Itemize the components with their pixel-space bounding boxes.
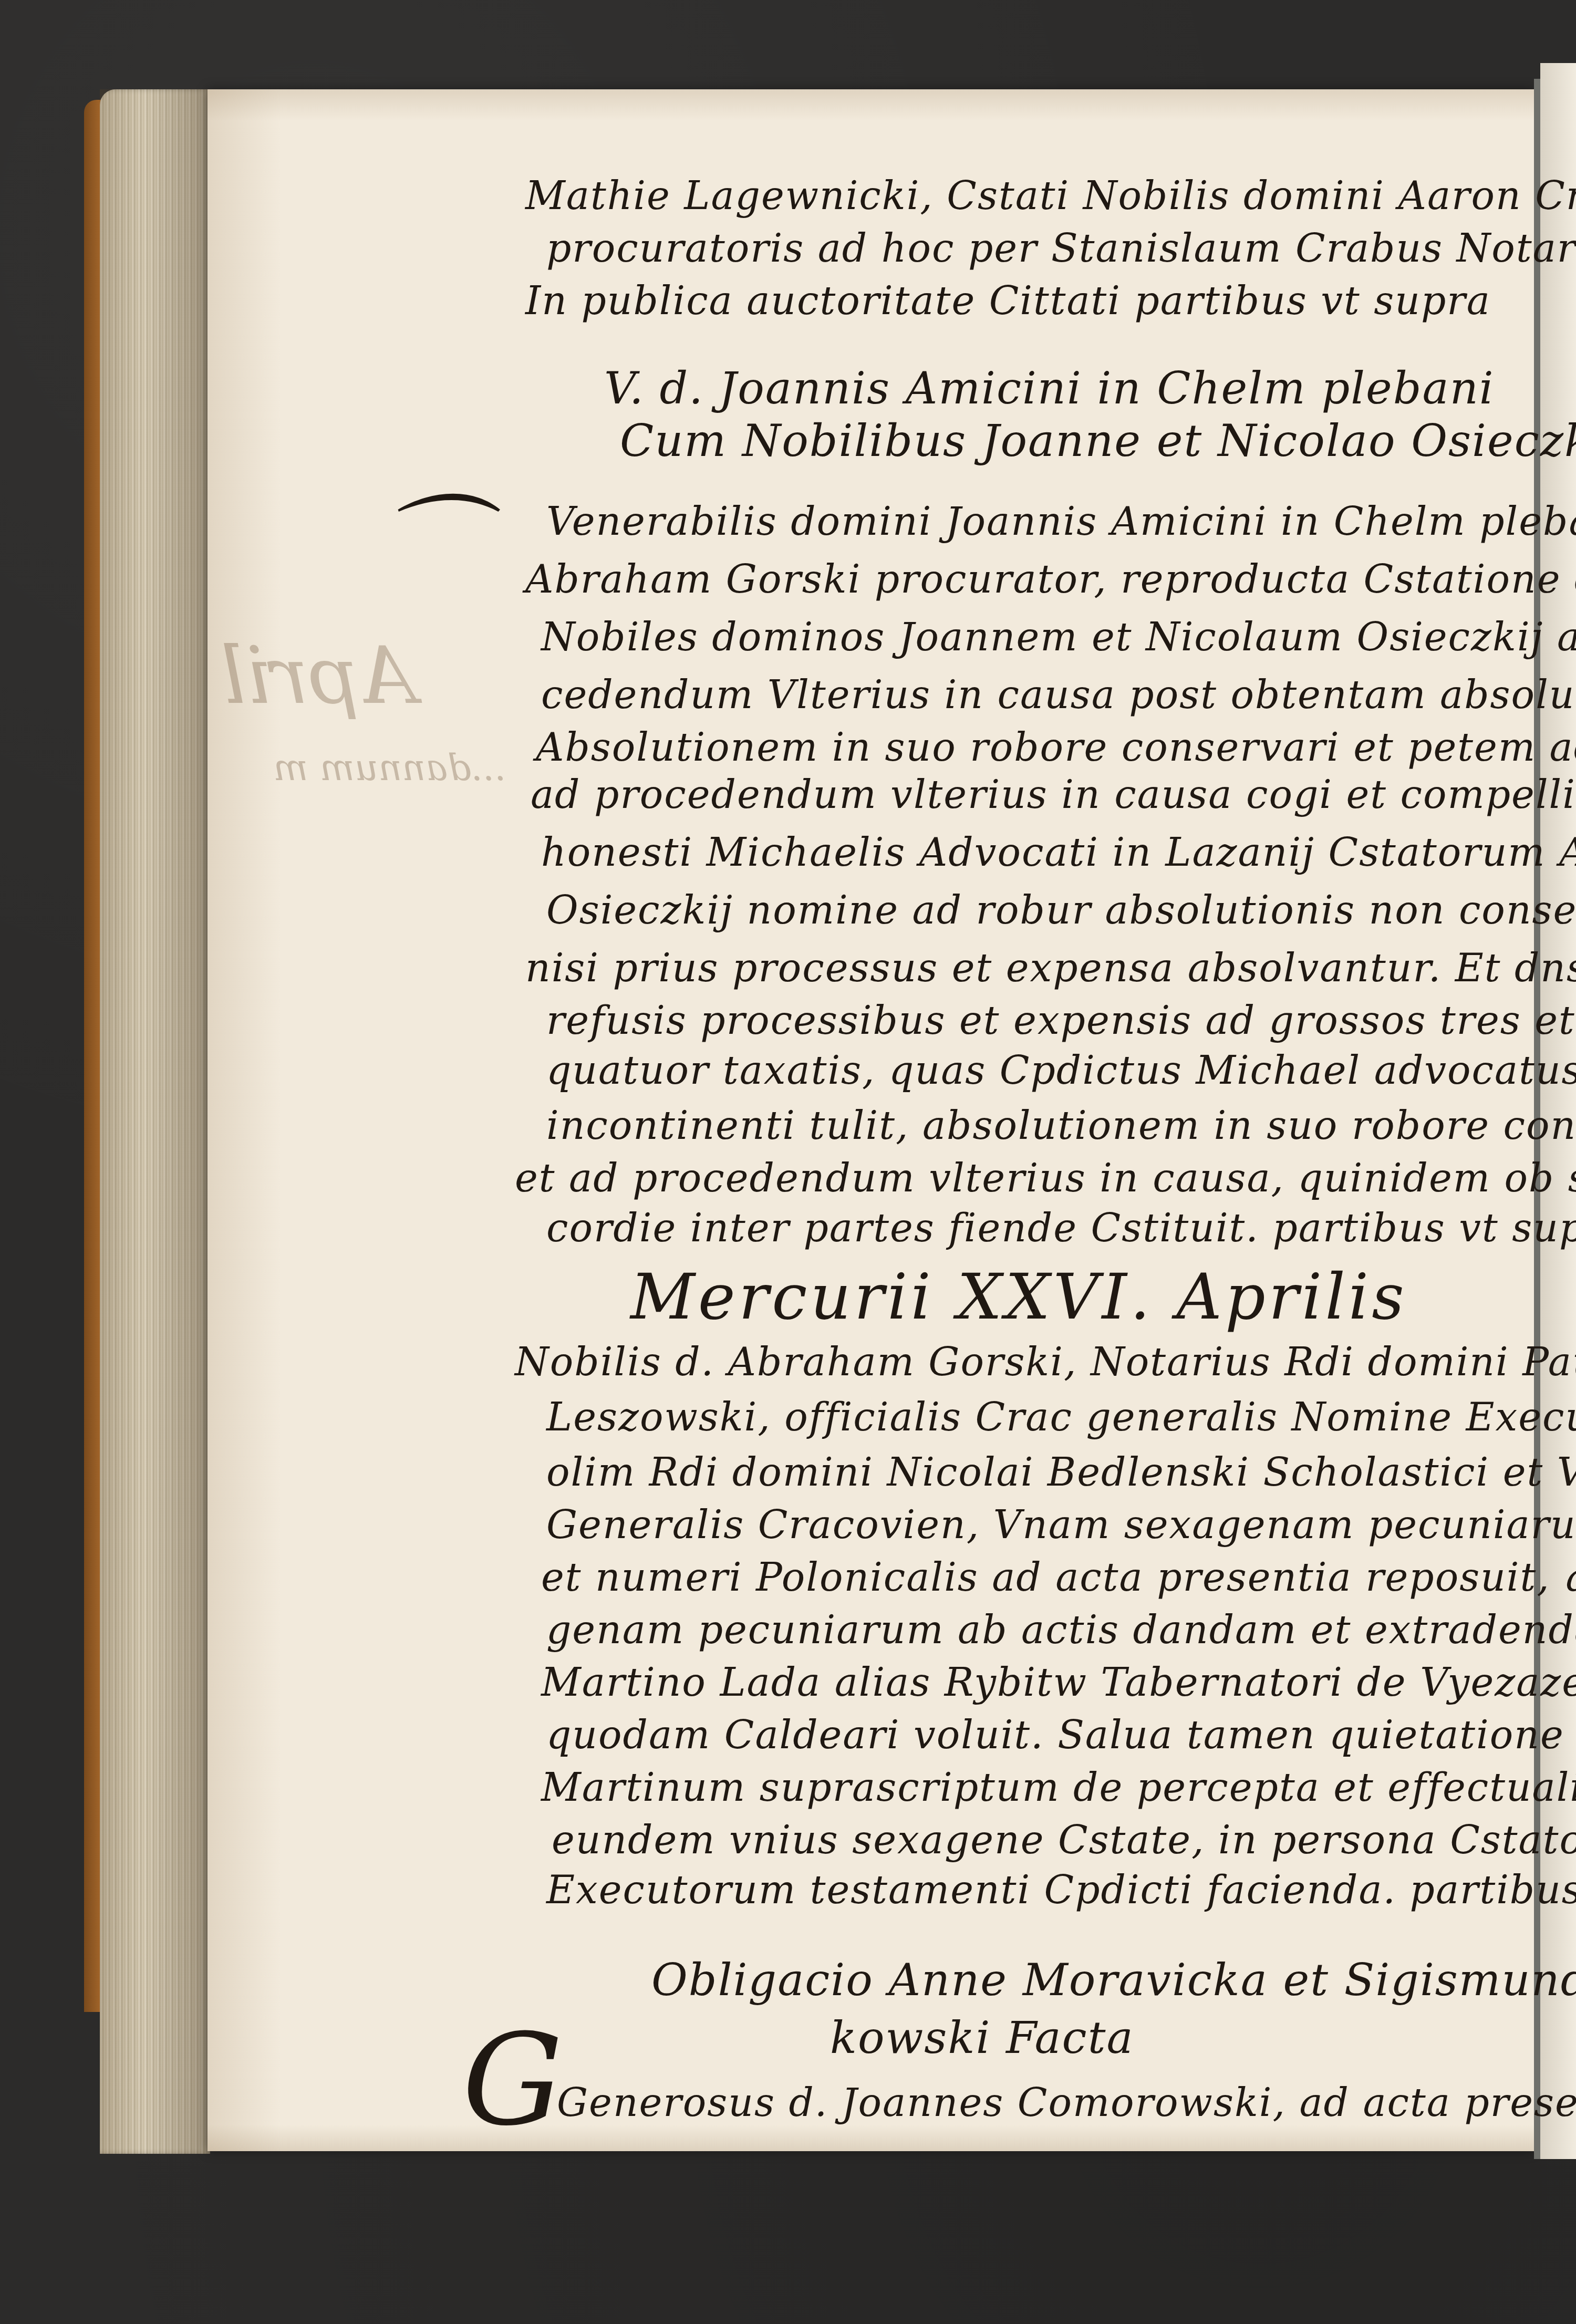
text-line: incontinenti tulit, absolutionem in suo …	[546, 1103, 1576, 1148]
text-line: nisi prius processus et expensa absolvan…	[525, 946, 1576, 991]
text-line: honesti Michaelis Advocati in Lazanij Cs…	[541, 830, 1576, 875]
text-line: refusis processibus et expensis ad gross…	[546, 998, 1576, 1043]
initial-flourish: ⌒	[378, 462, 483, 613]
text-line: et ad procedendum vlterius in causa, qui…	[515, 1156, 1576, 1201]
text-line: genam pecuniarum ab actis dandam et extr…	[546, 1607, 1576, 1653]
text-line: Martinum suprascriptum de percepta et ef…	[541, 1765, 1576, 1810]
text-line: Absolutionem in suo robore conservari et…	[536, 725, 1576, 770]
bleed-through-text: April	[221, 630, 416, 722]
text-line: eundem vnius sexagene Cstate, in persona…	[552, 1818, 1576, 1863]
text-line: Martino Lada alias Rybitw Tabernatori de…	[541, 1660, 1576, 1705]
bleed-through-text: ...dannum m	[273, 746, 506, 789]
text-line: procuratoris ad hoc per Stanislaum Crabu…	[546, 226, 1576, 271]
text-line: Generosus d. Joannes Comorowski, ad acta…	[557, 2080, 1576, 2125]
text-line: ad procedendum vlterius in causa cogi et…	[531, 772, 1576, 817]
text-line: Mathie Lagewnicki, Cstati Nobilis domini…	[525, 173, 1576, 219]
text-line: In publica auctoritate Cittati partibus …	[525, 278, 1491, 324]
text-line: Osieczkij nomine ad robur absolutionis n…	[546, 888, 1576, 933]
text-line: Nobiles dominos Joannem et Nicolaum Osie…	[541, 615, 1576, 660]
text-line: Executorum testamenti Cpdicti facienda. …	[546, 1867, 1576, 1913]
text-line: cordie inter partes fiende Cstituit. par…	[546, 1206, 1576, 1251]
text-line: Abraham Gorski procurator, reproducta Cs…	[525, 557, 1576, 602]
page-edges-stack	[100, 89, 210, 2154]
text-line: quodam Caldeari voluit. Salua tamen quie…	[546, 1713, 1576, 1758]
text-line: Nobilis d. Abraham Gorski, Notarius Rdi …	[515, 1340, 1576, 1385]
text-line: Leszowski, officialis Crac generalis Nom…	[546, 1395, 1576, 1440]
text-line: Venerabilis domini Joannis Amicini in Ch…	[546, 499, 1576, 544]
text-line: olim Rdi domini Nicolai Bedlenski Schola…	[546, 1450, 1576, 1495]
date-heading: Mercurii XXVI. Aprilis	[630, 1261, 1407, 1334]
initial-flourish: G	[462, 2007, 563, 2154]
text-line: cedendum Vlterius in causa post obtentam…	[541, 672, 1576, 718]
text-line: et numeri Polonicalis ad acta presentia …	[541, 1555, 1576, 1600]
entry-heading: Obligacio Anne Moravicka et Sigismundo M…	[651, 1954, 1576, 2006]
entry-heading: kowski Facta	[830, 2012, 1134, 2063]
entry-heading: Cum Nobilibus Joanne et Nicolao Osieczki…	[620, 415, 1576, 466]
entry-heading: V. d. Joannis Amicini in Chelm plebani	[604, 362, 1495, 414]
text-line: Generalis Cracovien, Vnam sexagenam pecu…	[546, 1502, 1576, 1548]
text-line: quatuor taxatis, quas Cpdictus Michael a…	[546, 1048, 1576, 1093]
